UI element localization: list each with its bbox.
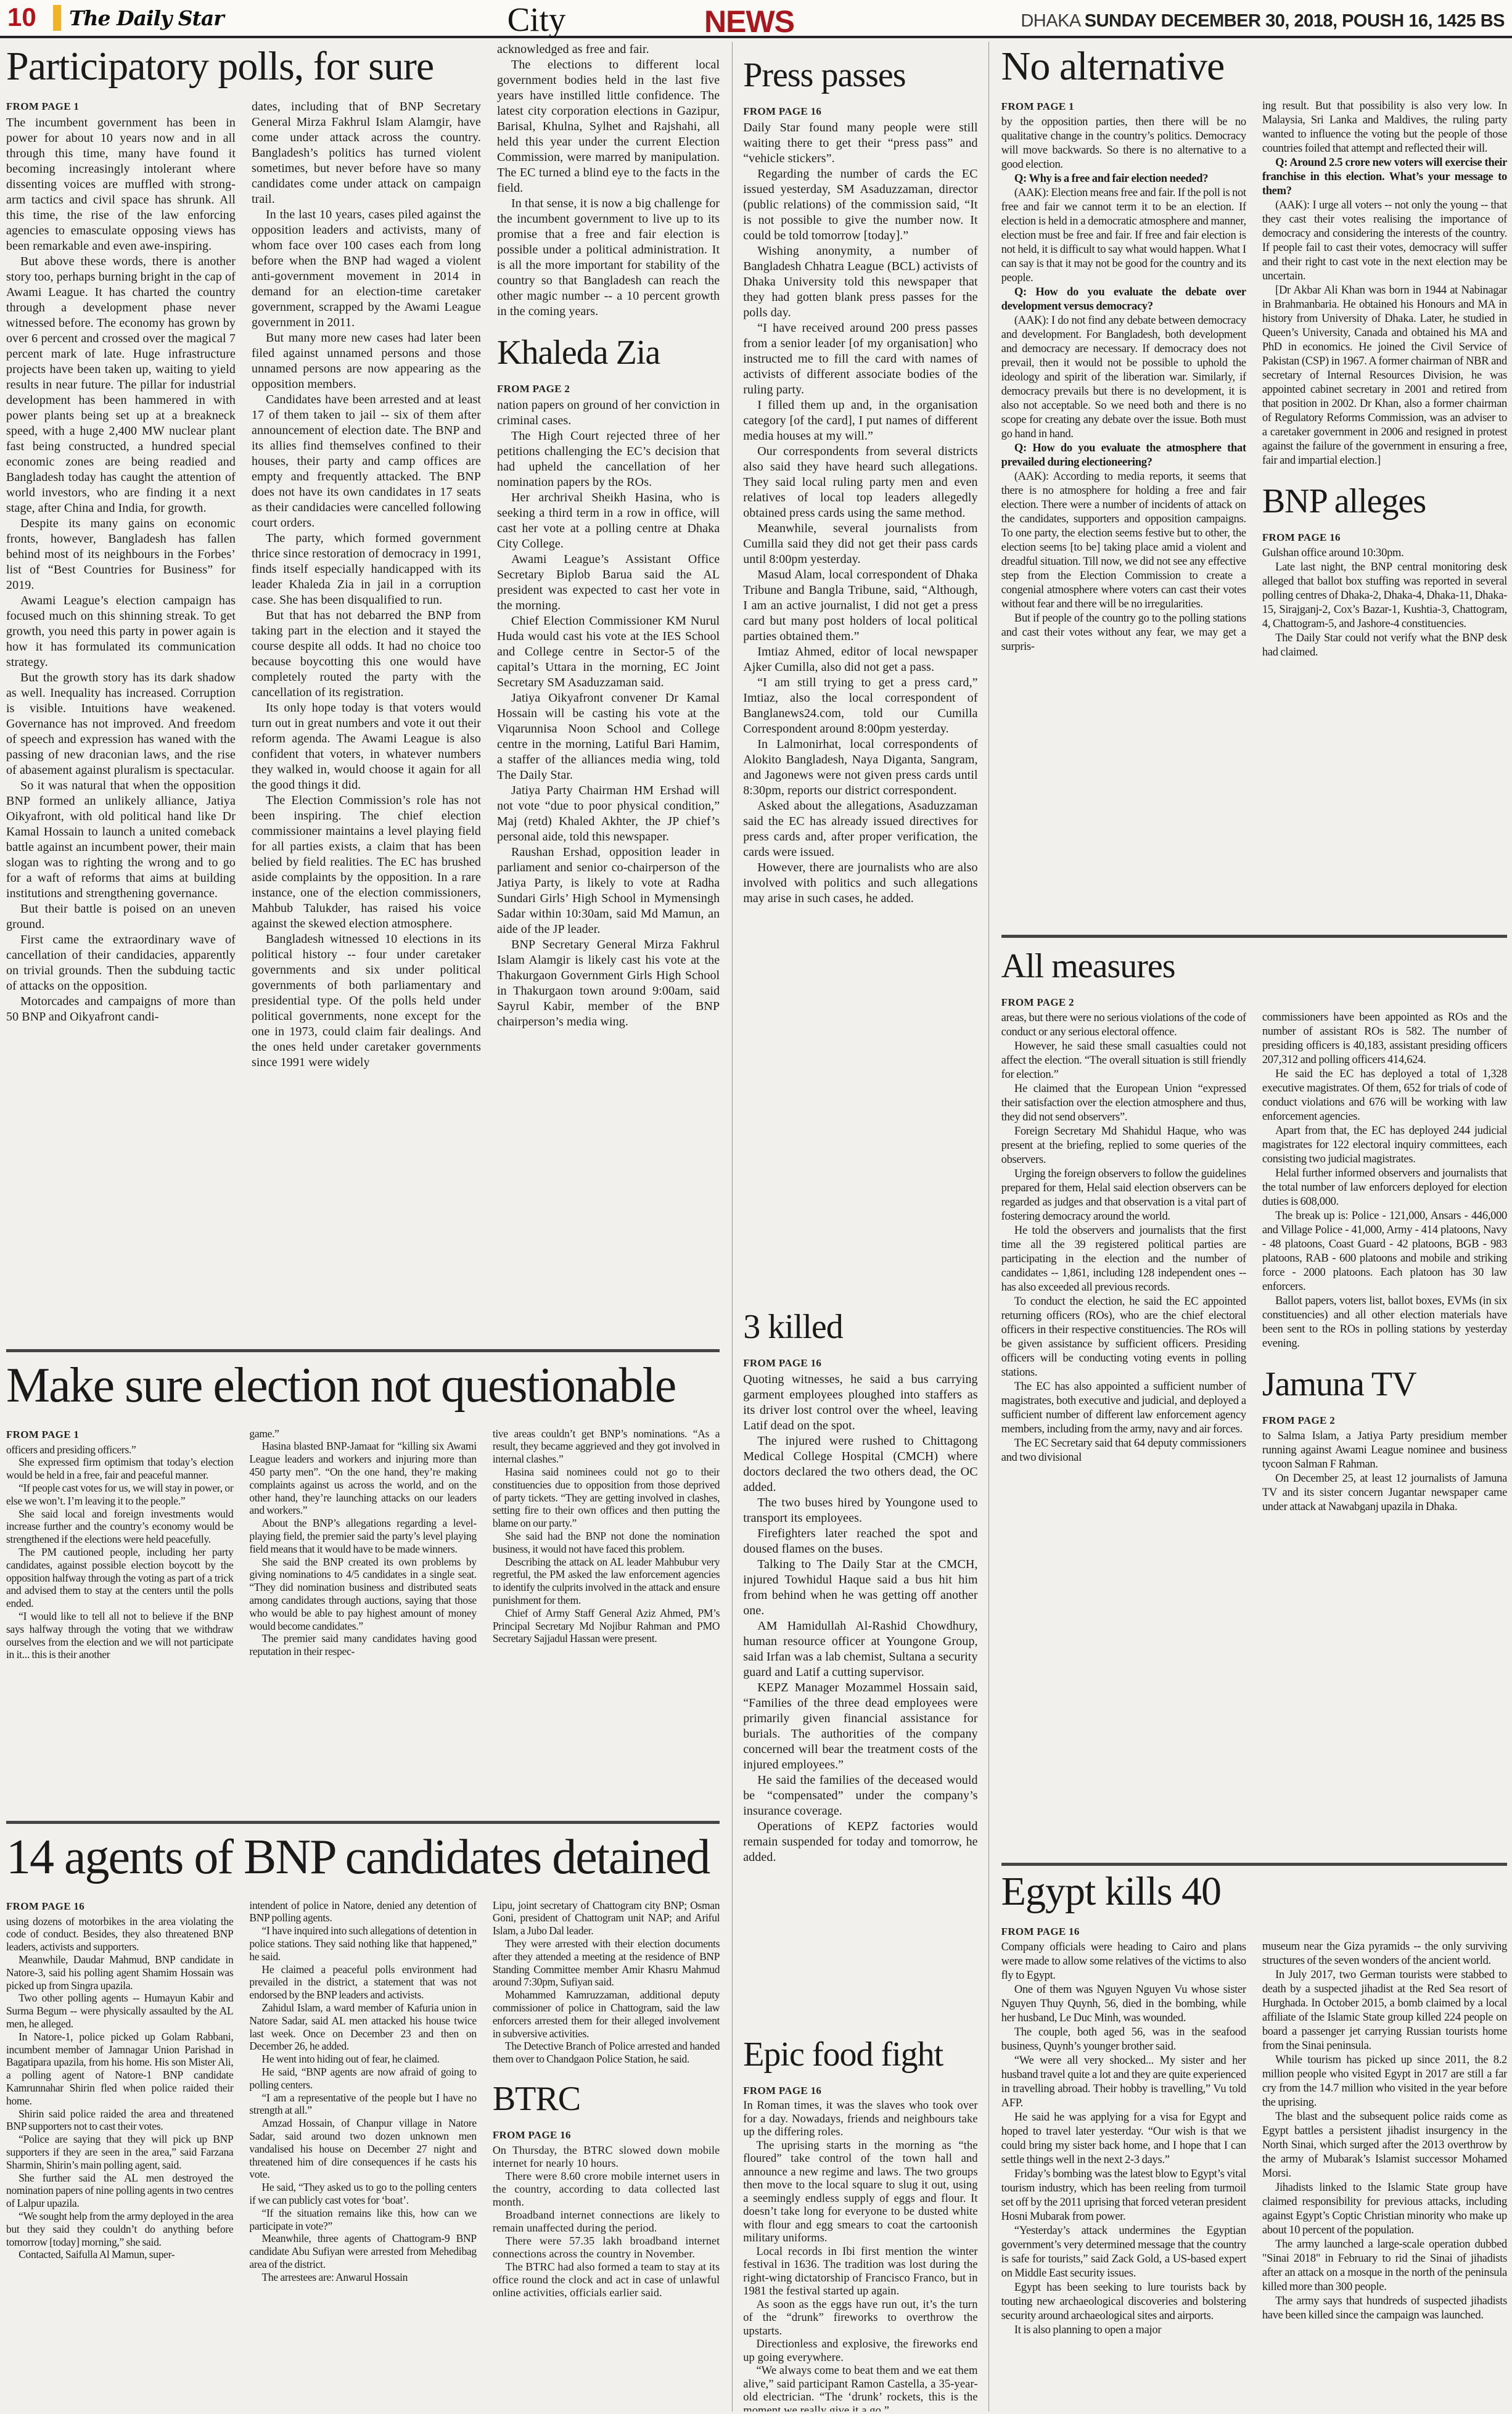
article-column: Lipu, joint secretary of Chattogram city… [493,1899,720,2299]
paragraph: He went into hiding out of fear, he clai… [249,2053,476,2066]
paragraph: There were 57.35 lakh broadband internet… [493,2235,720,2260]
article-headline: Jamuna TV [1262,1367,1507,1402]
article-column: game.”Hasina blasted BNP-Jamaat for “kil… [249,1427,476,1662]
article-jamuna-tv: Jamuna TV FROM PAGE 2 to Salma Islam, a … [1262,1367,1507,1514]
continuation-tag: FROM PAGE 16 [743,1357,977,1369]
paragraph: Mohammed Kamruzzaman, additional deputy … [493,1989,720,2040]
section-title: City [425,0,647,39]
article-epic-food-fight: Epic food fight FROM PAGE 16 In Roman ti… [743,2021,977,2412]
paragraph: The EC has also appointed a sufficient n… [1001,1380,1246,1437]
paragraph: commissioners have been appointed as ROs… [1262,1011,1507,1067]
paragraph: Awami League’s election campaign has foc… [6,593,236,670]
paragraph: Q: Around 2.5 crore new voters will exer… [1262,156,1507,199]
paragraph: game.” [249,1427,476,1440]
paragraph: Hasina blasted BNP-Jamaat for “killing s… [249,1440,476,1517]
column-text: Lipu, joint secretary of Chattogram city… [493,1899,720,2066]
paragraph: acknowledged as free and fair. [497,42,720,57]
paragraph: Wishing anonymity, a number of Banglades… [743,244,977,321]
article-column: FROM PAGE 1 officers and presiding offic… [6,1427,233,1662]
article-column: dates, including that of BNP Secretary G… [252,99,481,1070]
paragraph: The Election Commission’s role has not b… [252,793,481,932]
article-column: ing result. But that possibility is also… [1262,99,1507,660]
paragraph: Jatiya Oikyafront convener Dr Kamal Hoss… [497,691,720,783]
paragraph: However, he said these small casualties … [1001,1040,1246,1082]
article-make-sure-election: Make sure election not questionable FROM… [6,1343,720,1815]
column-text: ing result. But that possibility is also… [1262,99,1507,468]
paragraph: Q: How do you evaluate the debate over d… [1001,285,1246,314]
paragraph: (AAK): Election means free and fair. If … [1001,186,1246,285]
paragraph: Meanwhile, Daudar Mahmud, BNP candidate … [6,1953,233,1992]
article-column: commissioners have been appointed as ROs… [1262,943,1507,1514]
paragraph: Q: How do you evaluate the atmosphere th… [1001,441,1246,470]
column-text: officers and presiding officers.”She exp… [6,1443,233,1662]
paragraph: Zahidul Islam, a ward member of Kafuria … [249,2001,476,2053]
paragraph: To conduct the election, he said the EC … [1001,1295,1246,1380]
paragraph: Broadband internet connections are likel… [493,2209,720,2235]
paragraph: intendent of police in Natore, denied an… [249,1899,476,1925]
paragraph: Urging the foreign observers to follow t… [1001,1167,1246,1224]
paragraph: Operations of KEPZ factories would remai… [743,1819,977,1865]
section-divider [1001,1863,1507,1866]
paragraph: The party, which formed government thric… [252,531,481,608]
article-headline: Press passes [743,58,977,93]
column-text: Daily Star found many people were still … [743,120,977,906]
paragraph: The BTRC had also formed a team to stay … [493,2260,720,2299]
paragraph: Despite its many gains on economic front… [6,516,236,593]
article-headline: Egypt kills 40 [1001,1871,1507,1912]
paragraph: The premier said many candidates having … [249,1632,476,1658]
paragraph: The arrestees are: Anwarul Hossain [249,2271,476,2284]
paragraph: areas, but there were no serious violati… [1001,1011,1246,1040]
article-column: All measures FROM PAGE 2 areas, but ther… [1001,943,1246,1514]
paragraph: Regarding the number of cards the EC iss… [743,166,977,244]
article-14-agents-detained: 14 agents of BNP candidates detained FRO… [6,1815,720,2412]
left-zone: Participatory polls, for sure FROM PAGE … [6,42,720,2412]
article-column: museum near the Giza pyramids -- the onl… [1262,1924,1507,2338]
page-number: 10 [7,2,36,32]
paragraph: Two other polling agents -- Humayun Kabi… [6,1992,233,2030]
paragraph: The injured were rushed to Chittagong Me… [743,1434,977,1495]
column-text: Company officials were heading to Cairo … [1001,1940,1246,2338]
article-column: FROM PAGE 16 Company officials were head… [1001,1924,1246,2338]
paragraph: officers and presiding officers.” [6,1443,233,1456]
paragraph: But their battle is poised on an uneven … [6,901,236,932]
paragraph: (AAK): I urge all voters -- not only the… [1262,199,1507,284]
paragraph: Awami League’s Assistant Office Secretar… [497,552,720,614]
article-bnp-alleges: BNP alleges FROM PAGE 16 Gulshan office … [1262,484,1507,660]
article-headline: All measures [1001,949,1246,984]
continuation-tag: FROM PAGE 2 [497,383,720,395]
article-headline: Khaleda Zia [497,335,720,371]
paragraph: She said had the BNP not done the nomina… [493,1530,720,1556]
continuation-tag: FROM PAGE 1 [6,101,236,113]
article-headline: Epic food fight [743,2037,977,2072]
paragraph: The blast and the subsequent police raid… [1262,2110,1507,2181]
paragraph: The EC Secretary said that 64 deputy com… [1001,1437,1246,1465]
continuation-tag: FROM PAGE 2 [1001,996,1246,1009]
article-headline: BTRC [493,2082,720,2117]
paragraph: However, there are journalists who are a… [743,860,977,906]
paragraph: “Yesterday’s attack undermines the Egypt… [1001,2224,1246,2281]
paragraph: “I have received around 200 press passes… [743,321,977,398]
column-text: to Salma Islam, a Jatiya Party presidium… [1262,1429,1507,1514]
article-headline: BNP alleges [1262,484,1507,519]
article-column: tive areas couldn’t get BNP’s nomination… [493,1427,720,1662]
paragraph: to Salma Islam, a Jatiya Party presidium… [1262,1429,1507,1472]
paragraph: While tourism has picked up since 2011, … [1262,2053,1507,2110]
paragraph: The army says that hundreds of suspected… [1262,2294,1507,2323]
paragraph: Apart from that, the EC has deployed 244… [1262,1124,1507,1167]
column-text: areas, but there were no serious violati… [1001,1011,1246,1465]
paragraph: KEPZ Manager Mozammel Hossain said, “Fam… [743,1680,977,1773]
paragraph: Quoting witnesses, he said a bus carryin… [743,1372,977,1434]
article-column: FROM PAGE 1 The incumbent government has… [6,99,236,1070]
paragraph: First came the extraordinary wave of can… [6,932,236,994]
paragraph: He told the observers and journalists th… [1001,1224,1246,1295]
paragraph: Company officials were heading to Cairo … [1001,1940,1246,1983]
paragraph: In the last 10 years, cases piled agains… [252,207,481,330]
article-column: acknowledged as free and fair.The electi… [497,42,720,1343]
article-press-passes: Press passes FROM PAGE 16 Daily Star fou… [743,42,977,1294]
paragraph: “If the situation remains like this, how… [249,2207,476,2233]
paragraph: The uprising starts in the morning as “t… [743,2140,977,2246]
paragraph: Chief Election Commissioner KM Nurul Hud… [497,614,720,691]
paragraph: by the opposition parties, then there wi… [1001,115,1246,172]
paragraph: “We always come to beat them and we eat … [743,2365,977,2412]
paragraph: Candidates have been arrested and at lea… [252,392,481,531]
paragraph: He said the families of the deceased wou… [743,1773,977,1819]
column-text: nation papers on ground of her convictio… [497,398,720,1030]
paragraph: They were arrested with their election d… [493,1937,720,1989]
paragraph: “We were all very shocked... My sister a… [1001,2054,1246,2111]
paragraph: He said he was applying for a visa for E… [1001,2111,1246,2167]
paragraph: The Daily Star could not verify what the… [1262,631,1507,660]
section-divider [6,1821,720,1824]
paragraph: “I am a representative of the people but… [249,2092,476,2117]
article-headline: Participatory polls, for sure [6,46,481,87]
paragraph: It is also planning to open a major [1001,2323,1246,2338]
paragraph: She expressed firm optimism that today’s… [6,1456,233,1482]
paragraph: Gulshan office around 10:30pm. [1262,546,1507,560]
article-headline: Make sure election not questionable [6,1361,720,1411]
article-headline: 3 killed [743,1310,977,1345]
paragraph: In Natore-1, police picked up Golam Rabb… [6,2030,233,2108]
article-headline: 14 agents of BNP candidates detained [6,1833,720,1883]
paragraph: Ballot papers, voters list, ballot boxes… [1262,1294,1507,1351]
paragraph: “If people cast votes for us, we will st… [6,1482,233,1508]
paragraph: Jihadists linked to the Islamic State gr… [1262,2181,1507,2238]
paragraph: But if people of the country go to the p… [1001,612,1246,654]
page-header: 10 The Daily Star City NEWS DHAKA SUNDAY… [0,0,1512,38]
continuation-tag: FROM PAGE 16 [493,2129,720,2141]
paragraph: Motorcades and campaigns of more than 50… [6,994,236,1025]
paragraph: Our correspondents from several district… [743,444,977,521]
masthead-logo: The Daily Star [69,6,224,30]
column-text: Gulshan office around 10:30pm.Late last … [1262,546,1507,660]
paragraph: In July 2017, two German tourists were s… [1262,1968,1507,2053]
article-egypt-kills-40: Egypt kills 40 FROM PAGE 16 Company offi… [1001,1857,1507,2412]
paragraph: Amzad Hossain, of Chanpur village in Nat… [249,2117,476,2181]
paragraph: But the growth story has its dark shadow… [6,670,236,778]
article-btrc: BTRC FROM PAGE 16 On Thursday, the BTRC … [493,2082,720,2299]
continuation-tag: FROM PAGE 16 [1001,1926,1246,1938]
column-text: using dozens of motorbikes in the area v… [6,1915,233,2262]
paragraph: But many more new cases had later been f… [252,330,481,392]
paragraph: As soon as the eggs have run out, it’s t… [743,2299,977,2339]
paragraph: About the BNP’s allegations regarding a … [249,1517,476,1555]
paragraph: Q: Why is a free and fair election neede… [1001,172,1246,186]
article-column: FROM PAGE 16 using dozens of motorbikes … [6,1899,233,2299]
paragraph: Chief of Army Staff General Aziz Ahmed, … [493,1607,720,1645]
paragraph: The break up is: Police - 121,000, Ansar… [1262,1209,1507,1294]
continuation-tag: FROM PAGE 16 [743,105,977,118]
paragraph: In that sense, it is now a big challenge… [497,196,720,319]
article-column: FROM PAGE 1 by the opposition parties, t… [1001,99,1246,660]
paragraph: Friday’s bombing was the latest blow to … [1001,2167,1246,2224]
paragraph: Meanwhile, three agents of Chattogram-9 … [249,2232,476,2270]
paragraph: Describing the attack on AL leader Mahbu… [493,1556,720,1607]
column-text: by the opposition parties, then there wi… [1001,115,1246,654]
paragraph: She said the BNP created its own problem… [249,1556,476,1633]
paragraph: nation papers on ground of her convictio… [497,398,720,429]
yellow-divider-bar [53,5,61,31]
paragraph: On Thursday, the BTRC slowed down mobile… [493,2144,720,2170]
paragraph: So it was natural that when the oppositi… [6,778,236,901]
paragraph: Local records in Ibi first mention the w… [743,2246,977,2299]
continuation-tag: FROM PAGE 1 [6,1429,233,1441]
paragraph: Egypt has been seeking to lure tourists … [1001,2281,1246,2323]
continuation-tag: FROM PAGE 1 [1001,101,1246,113]
paragraph: museum near the Giza pyramids -- the onl… [1262,1940,1507,1968]
paragraph: “I would like to tell all not to believe… [6,1610,233,1661]
paragraph: The High Court rejected three of her pet… [497,429,720,490]
paragraph: There were 8.60 crore mobile internet us… [493,2170,720,2209]
section-divider [1001,935,1507,938]
paragraph: Foreign Secretary Md Shahidul Haque, who… [1001,1125,1246,1167]
paragraph: ing result. But that possibility is also… [1262,99,1507,156]
paragraph: Helal further informed observers and jou… [1262,1167,1507,1209]
paragraph: The couple, both aged 56, was in the sea… [1001,2026,1246,2054]
paragraph: He claimed a peaceful polls environment … [249,1963,476,2001]
continuation-tag: FROM PAGE 16 [1262,532,1507,544]
paragraph: One of them was Nguyen Nguyen Vu whose s… [1001,1983,1246,2026]
paragraph: The PM cautioned people, including her p… [6,1546,233,1610]
column-text: acknowledged as free and fair.The electi… [497,42,720,319]
paragraph: In Lalmonirhat, local correspondents of … [743,737,977,799]
column-text: intendent of police in Natore, denied an… [249,1899,476,2284]
article-headline-block: Participatory polls, for sure FROM PAGE … [6,42,481,1343]
paragraph: Talking to The Daily Star at the CMCH, i… [743,1557,977,1619]
right-zone: No alternative FROM PAGE 1 by the opposi… [1001,42,1507,2412]
paragraph: using dozens of motorbikes in the area v… [6,1915,233,1953]
paragraph: “We sought help from the army deployed i… [6,2210,233,2248]
paragraph: “Police are saying that they will pick u… [6,2133,233,2171]
column-text: commissioners have been appointed as ROs… [1262,1011,1507,1351]
paragraph: Firefighters later reached the spot and … [743,1526,977,1557]
paragraph: Meanwhile, several journalists from Cumi… [743,521,977,567]
paragraph: tive areas couldn’t get BNP’s nomination… [493,1427,720,1466]
paragraph: (AAK): I do not find any debate between … [1001,314,1246,441]
continuation-tag: FROM PAGE 16 [6,1900,233,1913]
paragraph: Masud Alam, local correspondent of Dhaka… [743,567,977,644]
continuation-tag: FROM PAGE 16 [743,2085,977,2097]
paragraph: “I have inquired into such allegations o… [249,1924,476,1963]
center-column: Press passes FROM PAGE 16 Daily Star fou… [732,42,988,2412]
paragraph: BNP Secretary General Mirza Fakhrul Isla… [497,937,720,1030]
paragraph: Daily Star found many people were still … [743,120,977,166]
dateline-city: DHAKA [1021,11,1084,31]
paragraph: Imtiaz Ahmed, editor of local newspaper … [743,644,977,675]
page-content: Participatory polls, for sure FROM PAGE … [0,38,1512,2412]
paragraph: She further said the AL men destroyed th… [6,2172,233,2210]
paragraph: Lipu, joint secretary of Chattogram city… [493,1899,720,1937]
column-text: museum near the Giza pyramids -- the onl… [1262,1940,1507,2323]
paragraph: AM Hamidullah Al-Rashid Chowdhury, human… [743,1619,977,1680]
article-headline: No alternative [1001,46,1507,87]
article-participatory-polls: Participatory polls, for sure FROM PAGE … [6,42,720,1343]
paragraph: But that has not debarred the BNP from t… [252,608,481,700]
column-text: In Roman times, it was the slaves who to… [743,2100,977,2412]
paragraph: Contacted, Saifulla Al Mamun, super- [6,2248,233,2261]
paragraph: But above these words, there is another … [6,254,236,516]
paragraph: He claimed that the European Union “expr… [1001,1082,1246,1125]
column-text: tive areas couldn’t get BNP’s nomination… [493,1427,720,1646]
paragraph: “I am still trying to get a press card,”… [743,675,977,737]
article-khaleda-zia: Khaleda Zia FROM PAGE 2 nation papers on… [497,335,720,1030]
paragraph: Asked about the allegations, Asaduzzaman… [743,799,977,860]
paragraph: dates, including that of BNP Secretary G… [252,99,481,207]
article-3-killed: 3 killed FROM PAGE 16 Quoting witnesses,… [743,1294,977,2021]
paragraph: The two buses hired by Youngone used to … [743,1495,977,1526]
column-text: The incumbent government has been in pow… [6,115,236,1025]
column-text: dates, including that of BNP Secretary G… [252,99,481,1070]
paragraph: Jatiya Party Chairman HM Ershad will not… [497,783,720,845]
paragraph: She said local and foreign investments w… [6,1508,233,1546]
paragraph: (AAK): According to media reports, it se… [1001,470,1246,612]
paragraph: Hasina said nominees could not go to the… [493,1466,720,1530]
column-text: game.”Hasina blasted BNP-Jamaat for “kil… [249,1427,476,1658]
newspaper-page: 10 The Daily Star City NEWS DHAKA SUNDAY… [0,0,1512,2414]
paragraph: The elections to different local governm… [497,57,720,196]
news-label: NEWS [704,4,794,39]
paragraph: Her archrival Sheikh Hasina, who is seek… [497,490,720,552]
paragraph: Late last night, the BNP central monitor… [1262,560,1507,631]
paragraph: The army launched a large-scale operatio… [1262,2238,1507,2294]
paragraph: [Dr Akbar Ali Khan was born in 1944 at N… [1262,284,1507,468]
paragraph: Bangladesh witnessed 10 elections in its… [252,932,481,1070]
paragraph: Raushan Ershad, opposition leader in par… [497,845,720,937]
dateline-date: SUNDAY DECEMBER 30, 2018, POUSH 16, 1425… [1085,11,1505,31]
article-column: intendent of police in Natore, denied an… [249,1899,476,2299]
paragraph: He said the EC has deployed a total of 1… [1262,1067,1507,1124]
paragraph: Its only hope today is that voters would… [252,700,481,793]
article-all-measures: All measures FROM PAGE 2 areas, but ther… [1001,929,1507,1857]
paragraph: He said, “They asked us to go to the pol… [249,2181,476,2207]
paragraph: The Detective Branch of Police arrested … [493,2040,720,2066]
paragraph: He said, “BNP agents are now afraid of g… [249,2066,476,2092]
column-text: Quoting witnesses, he said a bus carryin… [743,1372,977,1865]
paragraph: Directionless and explosive, the firewor… [743,2338,977,2365]
article-no-alternative: No alternative FROM PAGE 1 by the opposi… [1001,42,1507,929]
paragraph: The incumbent government has been in pow… [6,115,236,254]
paragraph: Shirin said police raided the area and t… [6,2108,233,2133]
paragraph: In Roman times, it was the slaves who to… [743,2100,977,2140]
dateline: DHAKA SUNDAY DECEMBER 30, 2018, POUSH 16… [1021,11,1505,31]
continuation-tag: FROM PAGE 2 [1262,1414,1507,1427]
paragraph: On December 25, at least 12 journalists … [1262,1472,1507,1514]
section-divider [6,1349,720,1352]
paragraph: I filled them up and, in the organisatio… [743,398,977,444]
column-text: On Thursday, the BTRC slowed down mobile… [493,2144,720,2299]
